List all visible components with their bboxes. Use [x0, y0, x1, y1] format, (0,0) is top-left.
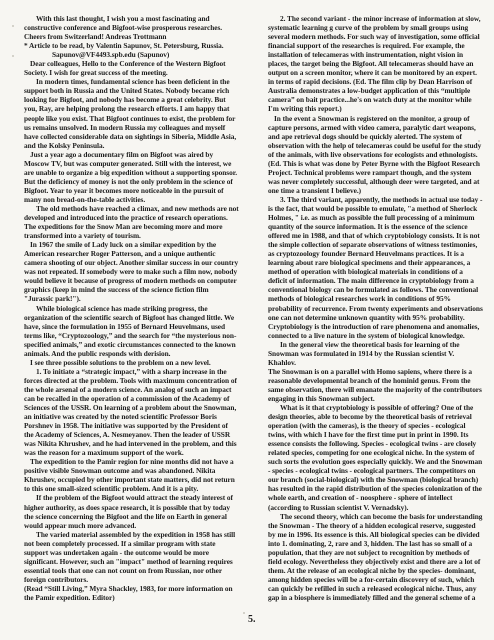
paragraph: If the problem of the Bigfoot would attr… [24, 493, 239, 529]
right-column: 2. The second variant - the minor increa… [268, 14, 483, 602]
paragraph: The second theory, which can become the … [268, 512, 483, 602]
paragraph: What is it that cryptobiology is possibl… [268, 403, 483, 512]
scan-speck [12, 25, 14, 27]
paragraph: The Snowman is on a parallel with Homo s… [268, 367, 483, 403]
paragraph: Just a year ago a documentary film on Bi… [24, 150, 239, 204]
page-number: 5. [248, 614, 256, 625]
paragraph: In modern times, fundamental science has… [24, 77, 239, 149]
scan-speck [478, 140, 480, 142]
paragraph: In 1967 the smile of Lady luck on a simi… [24, 240, 239, 303]
paragraph: I see three possible solutions to the pr… [24, 358, 239, 367]
document-page: With this last thought, I wish you a mos… [0, 0, 494, 640]
paragraph: (Ed. This is what was done by Peter Byrn… [268, 159, 483, 195]
paragraph: Sapunov@VF4493.spb.edu (Sapunov) [24, 50, 239, 59]
paragraph: In the event a Snowman is registered on … [268, 114, 483, 159]
paragraph: The old methods have reached a climax, a… [24, 204, 239, 240]
left-column: With this last thought, I wish you a mos… [24, 14, 239, 602]
paragraph: In the general view the theoretical basi… [268, 340, 483, 367]
paragraph: (Read “Still Living,” Myra Shackley, 198… [24, 584, 239, 602]
paragraph: While biological science has made striki… [24, 304, 239, 358]
scan-speck [12, 55, 14, 57]
paragraph: * Article to be read, by Valentin Sapuno… [24, 41, 239, 50]
paragraph: 2. The second variant - the minor increa… [268, 14, 483, 114]
paragraph: 3. The third variant, apparently, the me… [268, 195, 483, 340]
scan-speck [243, 612, 245, 614]
paragraph: The varied material assembled by the exp… [24, 530, 239, 584]
paragraph: The expedition to the Pamir region for n… [24, 457, 239, 493]
paragraph: With this last thought, I wish you a mos… [24, 14, 239, 41]
paragraph: Dear colleagues, Hello to the Conference… [24, 59, 239, 77]
paragraph: 1. To initiate a “strategic impact,” wit… [24, 367, 239, 457]
